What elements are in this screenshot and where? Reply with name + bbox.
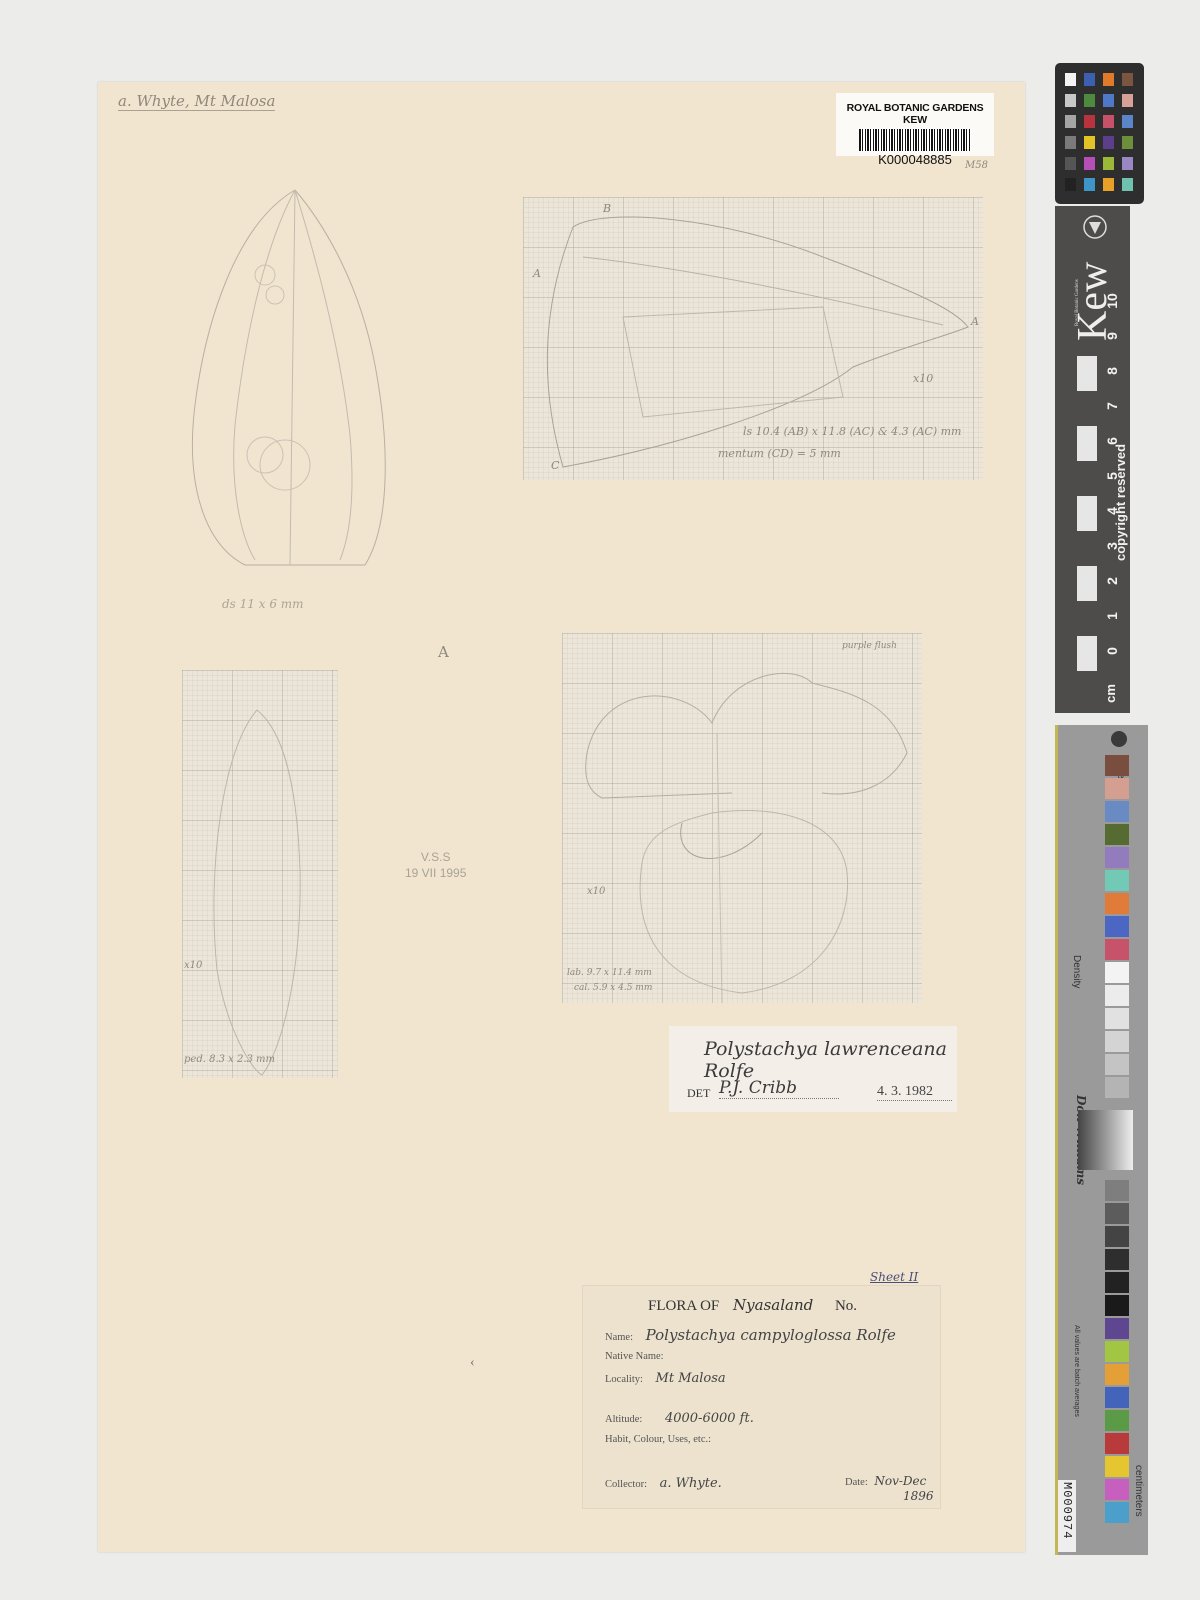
color-patch (1103, 115, 1114, 128)
density-patch (1105, 1364, 1129, 1385)
cm-unit-label: cm (1103, 684, 1118, 703)
color-patch (1084, 73, 1095, 86)
scale-tick-label: 1 (1104, 606, 1120, 626)
color-patch (1103, 178, 1114, 191)
grid-drawing-labellum: purple flush x10 lab. 9.7 x 11.4 mm cal.… (562, 633, 922, 1003)
collector-label: Collector: (605, 1479, 647, 1490)
verification-date: 19 VII 1995 (405, 866, 466, 880)
barcode-icon (859, 129, 971, 151)
color-patch (1065, 115, 1076, 128)
scale-tick-label: 4 (1104, 501, 1120, 521)
native-name-label: Native Name: (605, 1351, 664, 1362)
labellum-measure-line2: cal. 5.9 x 4.5 mm (574, 983, 652, 993)
scale-tick-label: 0 (1104, 641, 1120, 661)
density-patch (1105, 1433, 1129, 1454)
density-patch (1105, 1180, 1129, 1201)
color-patch (1122, 178, 1133, 191)
flora-collector-row: Collector: a. Whyte. (605, 1476, 722, 1491)
scale-segment (1077, 496, 1097, 531)
date-value-line1: Nov-Dec (874, 1474, 926, 1488)
habit-label: Habit, Colour, Uses, etc.: (605, 1434, 711, 1445)
density-label: Density (1071, 955, 1082, 988)
flora-locality-row: Locality: Mt Malosa (605, 1371, 726, 1386)
scale-tick-label: 7 (1104, 396, 1120, 416)
scale-segment (1077, 356, 1097, 391)
density-patch (1105, 1502, 1129, 1523)
scale-segment (1077, 636, 1097, 671)
centimeters-label: centimeters (1133, 1465, 1144, 1517)
barcode-label: ROYAL BOTANIC GARDENS KEW K000048885 (836, 93, 994, 156)
labellum-color-note: purple flush (842, 641, 897, 651)
flower-sketch-note: ds 11 x 6 mm (222, 597, 304, 611)
name-label: Name: (605, 1332, 633, 1343)
color-patch (1065, 94, 1076, 107)
density-patch (1105, 985, 1129, 1006)
scale-tick-label: 3 (1104, 536, 1120, 556)
density-patch (1105, 1295, 1129, 1316)
registration-hole (1111, 731, 1127, 747)
drawing-label-c: C (551, 459, 559, 472)
labellum-measure-line1: lab. 9.7 x 11.4 mm (567, 968, 652, 978)
drawing-magnification: x10 (913, 372, 933, 385)
date-label: Date: (845, 1477, 868, 1488)
petal-magnification: x10 (184, 960, 202, 971)
color-patch (1122, 157, 1133, 170)
labellum-magnification: x10 (587, 886, 605, 897)
scale-tick-label: 2 (1104, 571, 1120, 591)
flora-heading: FLORA OF Nyasaland No. (648, 1296, 857, 1315)
color-patch (1103, 73, 1114, 86)
color-patch (1084, 115, 1095, 128)
locality-value: Mt Malosa (656, 1371, 726, 1386)
density-patch (1105, 939, 1129, 960)
flora-date-row: Date: Nov-Dec (845, 1474, 926, 1488)
flora-name-row: Name: Polystachya campyloglossa Rolfe (605, 1326, 896, 1344)
color-patch (1065, 73, 1076, 86)
color-checker-card (1055, 63, 1144, 204)
catalog-id-label: M000974 (1058, 1480, 1076, 1552)
determination-date: 4. 3. 1982 (877, 1084, 952, 1101)
grid-drawing-petal: x10 ped. 8.3 x 2.3 mm (182, 670, 338, 1078)
determination-label: Polystachya lawrenceana Rolfe DET P.J. C… (669, 1026, 957, 1112)
density-patch (1105, 755, 1129, 776)
density-patch (1105, 1410, 1129, 1431)
date-value-line2: 1896 (903, 1489, 934, 1503)
drawing-label-a-left: A (533, 267, 541, 280)
determined-taxon: Polystachya lawrenceana Rolfe (704, 1038, 957, 1082)
density-patch (1105, 824, 1129, 845)
color-patch (1084, 178, 1095, 191)
color-patch (1103, 136, 1114, 149)
density-patch (1105, 801, 1129, 822)
color-patch (1065, 136, 1076, 149)
flora-collection-label: FLORA OF Nyasaland No. Name: Polystachya… (582, 1285, 941, 1509)
density-patch (1105, 962, 1129, 983)
color-patch (1084, 136, 1095, 149)
density-patch (1105, 1226, 1129, 1247)
scale-segment (1077, 566, 1097, 601)
density-patch (1105, 893, 1129, 914)
batch-note: All values are batch averages (1073, 1325, 1080, 1417)
scale-tick-label: 5 (1104, 466, 1120, 486)
density-patch (1105, 1341, 1129, 1362)
verifier-initials: V.S.S (405, 850, 466, 864)
density-patch (1105, 1456, 1129, 1477)
collector-locality-annotation: a. Whyte, Mt Malosa (118, 92, 275, 111)
flora-altitude-row: Altitude: 4000-6000 ft. (605, 1411, 754, 1426)
scale-tick-label: 9 (1104, 326, 1120, 346)
determiner-signature: P.J. Cribb (719, 1078, 839, 1099)
density-patch (1105, 1008, 1129, 1029)
flower-sketch-drawing (175, 185, 405, 585)
altitude-label: Altitude: (605, 1414, 642, 1425)
color-patch (1122, 73, 1133, 86)
density-patch (1105, 1249, 1129, 1270)
institution-name: ROYAL BOTANIC GARDENS KEW (836, 102, 994, 126)
density-patch (1105, 1203, 1129, 1224)
flora-number-label: No. (835, 1298, 857, 1314)
pencil-mark: ‹ (470, 1355, 475, 1371)
locality-label: Locality: (605, 1374, 643, 1385)
sheet-number: Sheet II (870, 1270, 918, 1284)
density-patch (1105, 1272, 1129, 1293)
scale-segment (1077, 426, 1097, 461)
scale-tick-label: 6 (1104, 431, 1120, 451)
color-patch (1084, 157, 1095, 170)
petal-measure: ped. 8.3 x 2.3 mm (184, 1054, 275, 1065)
collector-value: a. Whyte. (660, 1476, 722, 1491)
density-patch (1105, 847, 1129, 868)
drawing-label-b: B (603, 202, 611, 215)
color-patch (1065, 157, 1076, 170)
density-patch (1105, 1077, 1129, 1098)
labellum-sketch (562, 633, 922, 1003)
scale-tick-label: 8 (1104, 361, 1120, 381)
verification-stamp: V.S.S 19 VII 1995 (405, 850, 466, 880)
det-prefix: DET (687, 1086, 710, 1101)
density-patch (1105, 778, 1129, 799)
density-patch (1105, 870, 1129, 891)
scale-tick-label: 10 (1104, 291, 1120, 311)
flora-region: Nyasaland (733, 1296, 813, 1314)
sheet-annotation-m58: M58 (965, 160, 988, 171)
altitude-value: 4000-6000 ft. (665, 1411, 754, 1426)
drawing-measure-line2: mentum (CD) = 5 mm (718, 447, 841, 460)
color-patch (1103, 157, 1114, 170)
grid-drawing-lip: B A C A x10 ls 10.4 (AB) x 11.8 (AC) & 4… (523, 197, 983, 480)
grey-wedge-target (1078, 1110, 1133, 1170)
density-patch (1105, 1479, 1129, 1500)
kew-cm-scale: Royal Botanic Gardens Kew copyright rese… (1055, 206, 1130, 713)
petal-sketch (182, 670, 338, 1078)
color-patch (1084, 94, 1095, 107)
drawing-label-a-right: A (971, 315, 979, 328)
color-patch (1103, 94, 1114, 107)
name-value: Polystachya campyloglossa Rolfe (646, 1326, 896, 1344)
letter-mark-a: A (438, 643, 449, 661)
color-patch (1122, 136, 1133, 149)
density-patch (1105, 916, 1129, 937)
density-patch (1105, 1318, 1129, 1339)
color-patch (1122, 94, 1133, 107)
density-color-strip: inches Density Don Williams All values a… (1055, 725, 1148, 1555)
flora-heading-prefix: FLORA OF (648, 1298, 719, 1314)
density-patch (1105, 1387, 1129, 1408)
drawing-measure-line1: ls 10.4 (AB) x 11.8 (AC) & 4.3 (AC) mm (743, 425, 961, 438)
kew-crest-icon (1081, 212, 1109, 242)
color-patch (1122, 115, 1133, 128)
color-patch (1065, 178, 1076, 191)
density-patch (1105, 1031, 1129, 1052)
density-patch (1105, 1054, 1129, 1075)
